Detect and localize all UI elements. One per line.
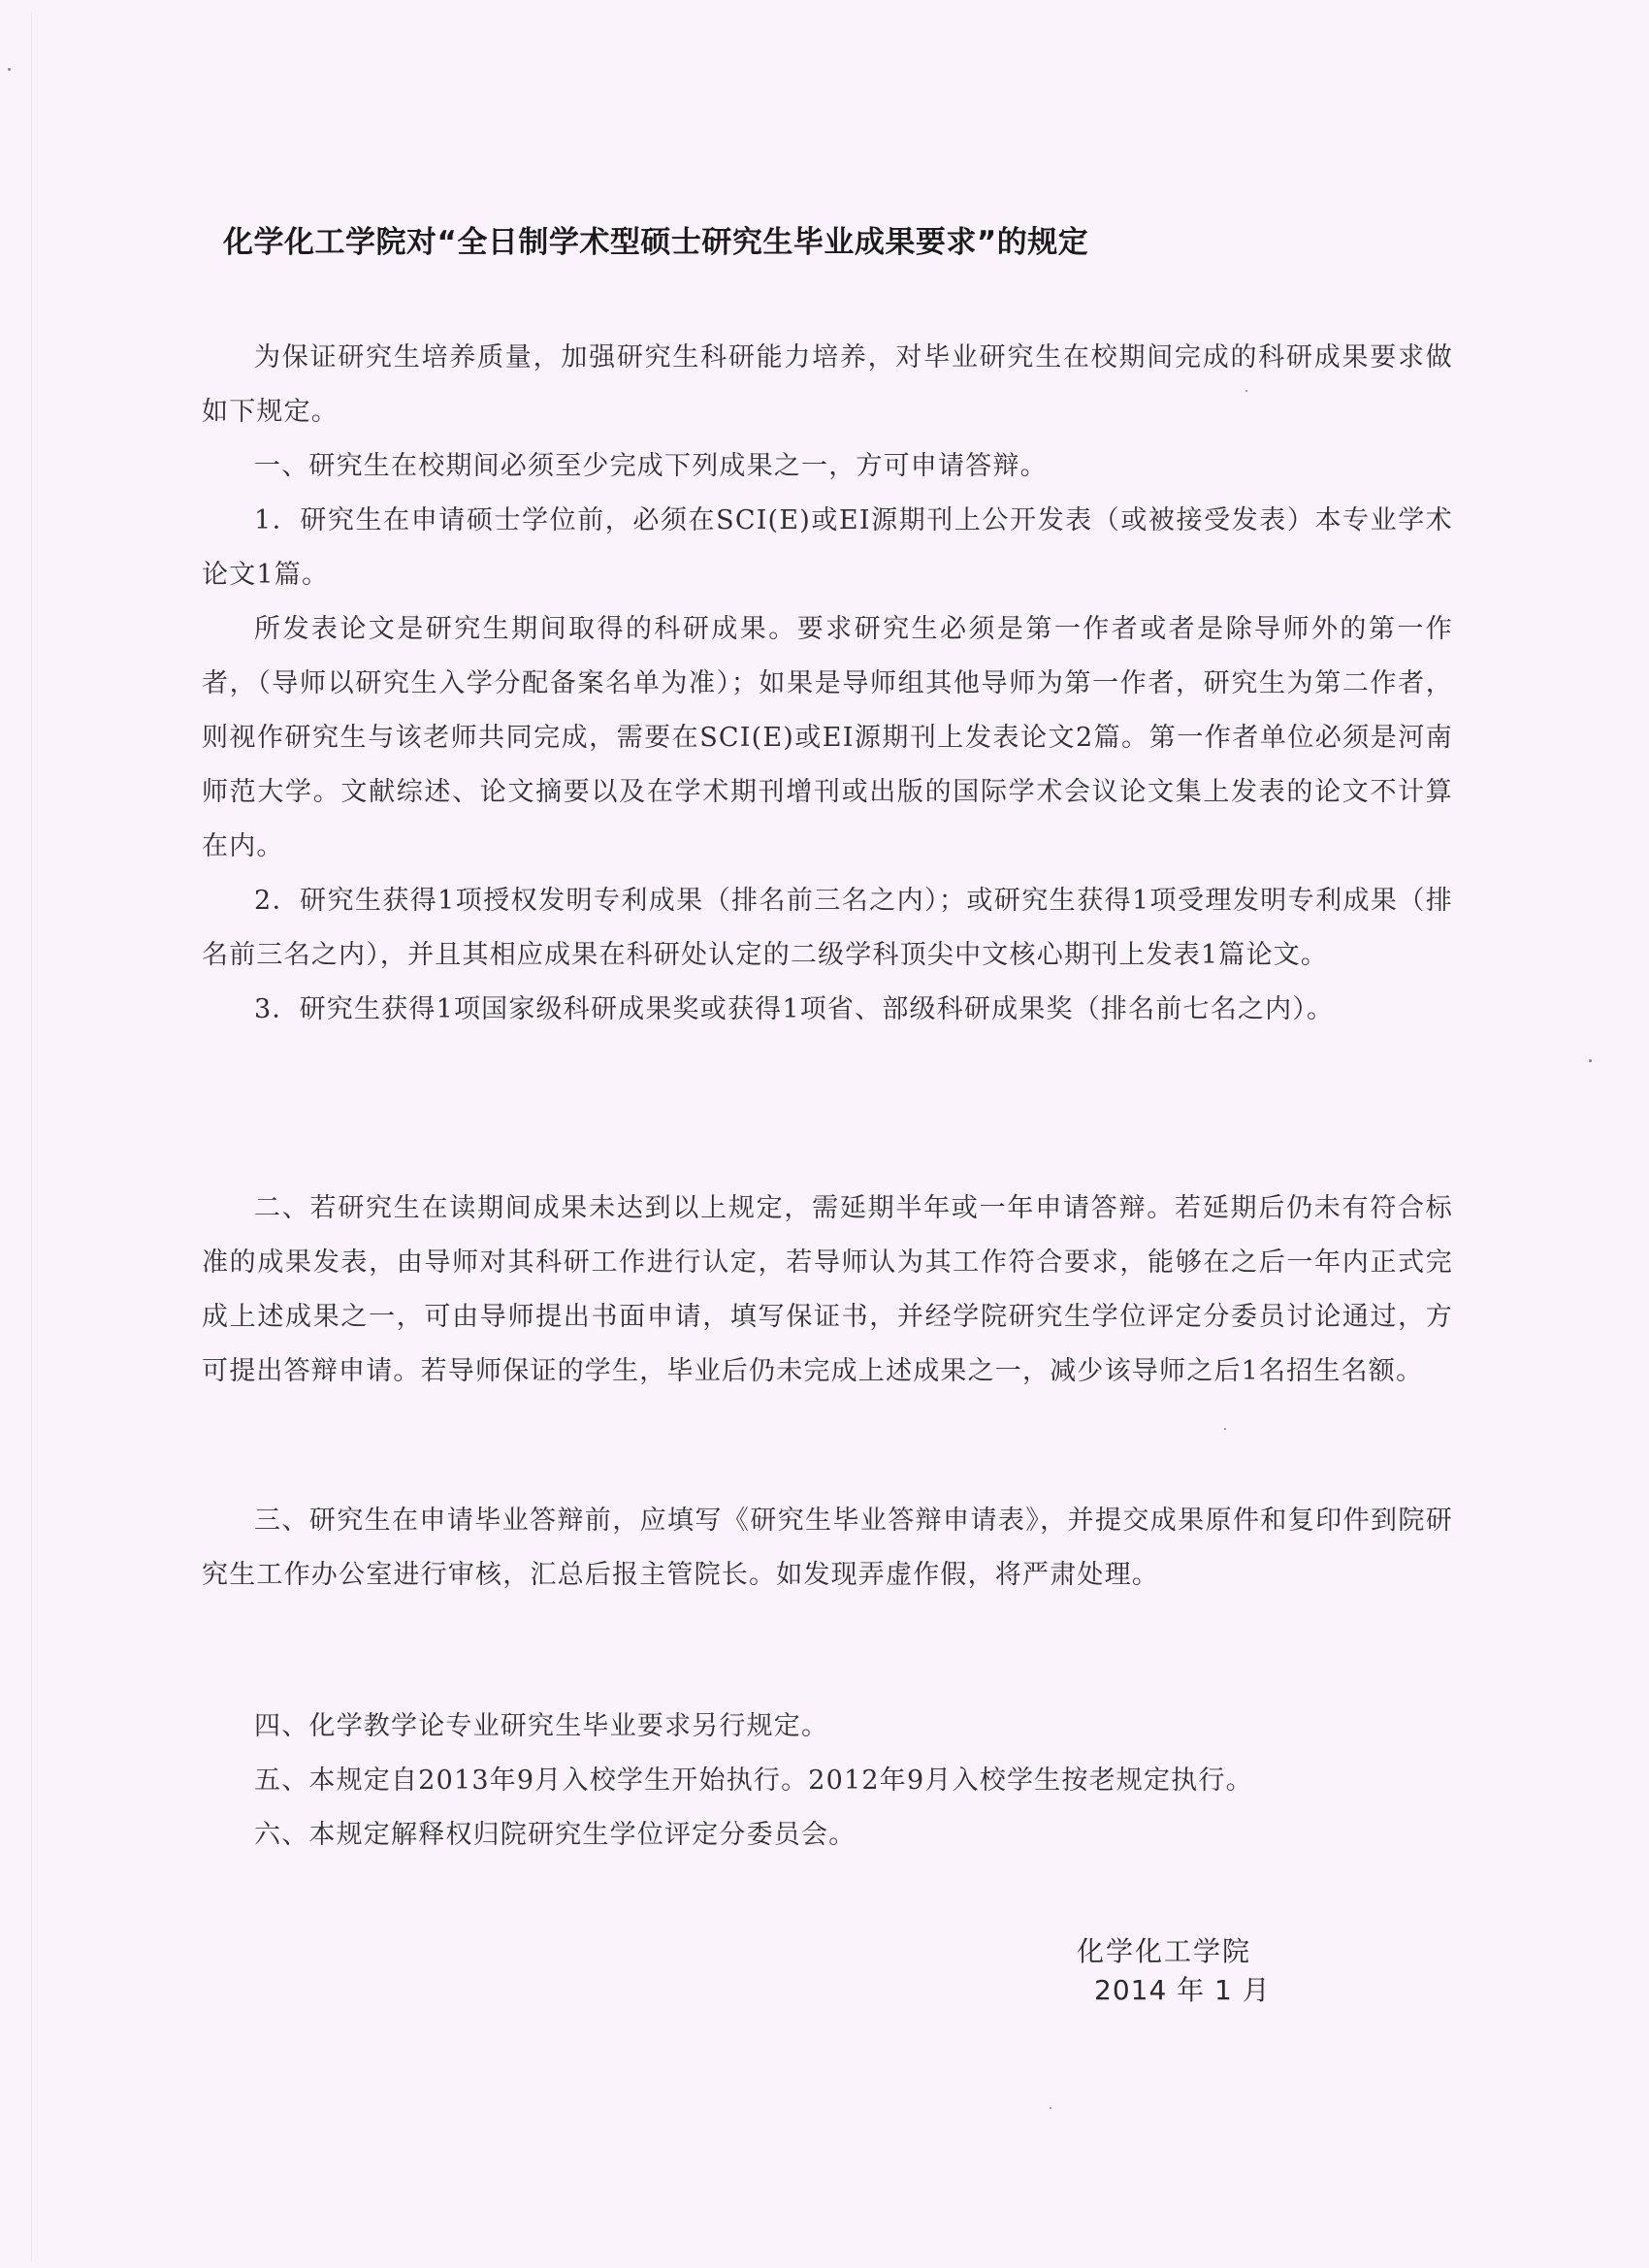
section-6-paragraph: 六、本规定解释权归院研究生学位评定分委员会。 [202,1808,1453,1863]
section-2-paragraph: 二、若研究生在读期间成果未达到以上规定，需延期半年或一年申请答辩。若延期后仍未有… [202,1182,1453,1399]
section-1-item-3: 3．研究生获得1项国家级科研成果奖或获得1项省、部级科研成果奖（排名前七名之内）… [202,983,1453,1037]
section-4-paragraph: 四、化学教学论专业研究生毕业要求另行规定。 [202,1700,1453,1754]
scan-speck [8,68,11,71]
section-3-paragraph: 三、研究生在申请毕业答辩前，应填写《研究生毕业答辩申请表》，并提交成果原件和复印… [202,1494,1453,1603]
section-misc-rules: 四、化学教学论专业研究生毕业要求另行规定。 五、本规定自2013年9月入校学生开… [202,1700,1453,1863]
signature-date: 2014 年 1 月 [1077,1971,1271,2010]
section-1-item-2: 2．研究生获得1项授权发明专利成果（排名前三名之内）；或研究生获得1项受理发明专… [202,874,1453,983]
section-requirements: 为保证研究生培养质量，加强研究生科研能力培养，对毕业研究生在校期间完成的科研成果… [202,331,1453,1037]
scanned-document-page: 化学化工学院对“全日制学术型硕士研究生毕业成果要求”的规定 为保证研究生培养质量… [0,0,1649,2268]
scan-speck [1589,1059,1592,1062]
section-3-application: 三、研究生在申请毕业答辩前，应填写《研究生毕业答辩申请表》，并提交成果原件和复印… [202,1494,1453,1603]
section-5-paragraph: 五、本规定自2013年9月入校学生开始执行。2012年9月入校学生按老规定执行。 [202,1754,1453,1808]
section-1-heading: 一、研究生在校期间必须至少完成下列成果之一，方可申请答辩。 [202,439,1453,494]
signature-organization: 化学化工学院 [1077,1932,1271,1971]
section-1-item-1-details: 所发表论文是研究生期间取得的科研成果。要求研究生必须是第一作者或者是除导师外的第… [202,602,1453,874]
document-title: 化学化工学院对“全日制学术型硕士研究生毕业成果要求”的规定 [223,217,1445,261]
scan-speck [1245,390,1247,392]
scan-edge-line [31,12,32,2262]
scan-speck [1050,2107,1051,2109]
intro-paragraph: 为保证研究生培养质量，加强研究生科研能力培养，对毕业研究生在校期间完成的科研成果… [202,331,1453,439]
signature-block: 化学化工学院 2014 年 1 月 [1077,1932,1271,2010]
scan-speck [1224,1428,1226,1430]
section-2-extension: 二、若研究生在读期间成果未达到以上规定，需延期半年或一年申请答辩。若延期后仍未有… [202,1182,1453,1399]
section-1-item-1: 1．研究生在申请硕士学位前，必须在SCI(E)或EI源期刊上公开发表（或被接受发… [202,494,1453,602]
